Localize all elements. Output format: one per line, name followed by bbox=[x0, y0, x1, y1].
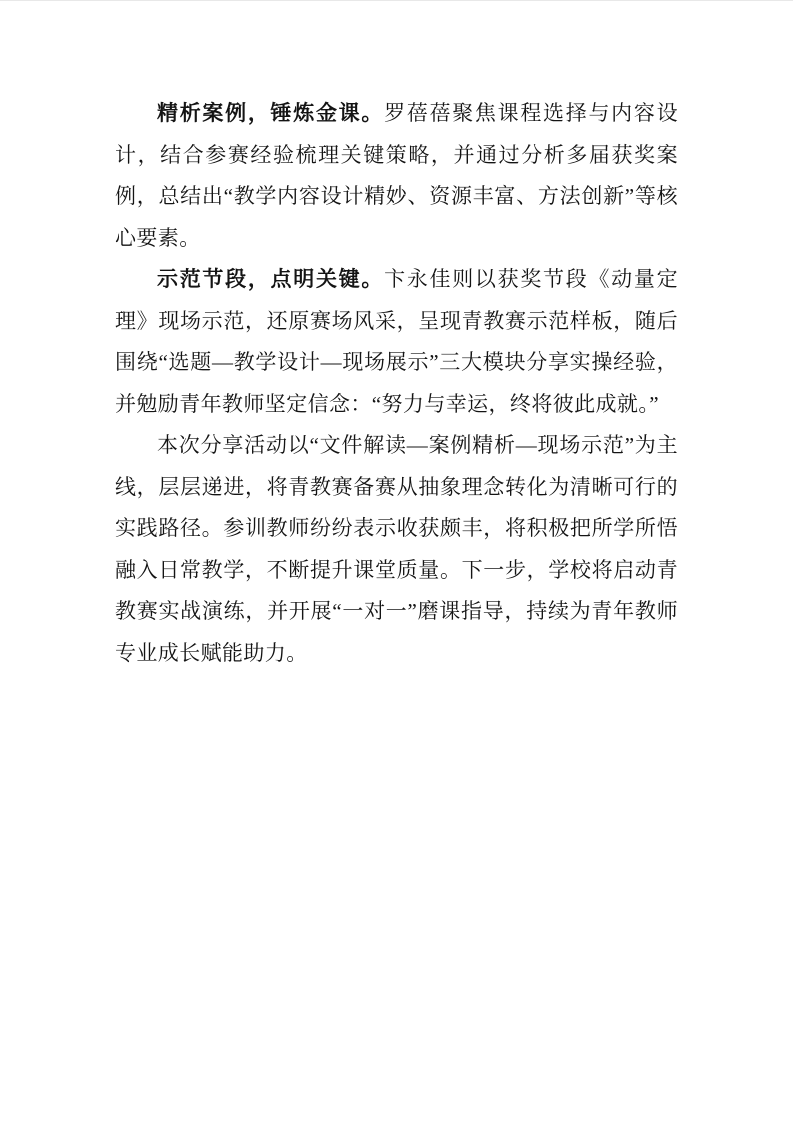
paragraph: 示范节段，点明关键。卞永佳则以获奖节段《动量定理》现场示范，还原赛场风采，呈现青… bbox=[115, 259, 678, 425]
paragraph: 本次分享活动以“文件解读—案例精析—现场示范”为主线，层层递进，将青教赛备赛从抽… bbox=[115, 425, 678, 674]
paragraph-body-text: 本次分享活动以“文件解读—案例精析—现场示范”为主线，层层递进，将青教赛备赛从抽… bbox=[115, 433, 678, 665]
paragraph-lead-text: 精析案例，锤炼金课。 bbox=[157, 101, 384, 125]
document-page: 精析案例，锤炼金课。罗蓓蓓聚焦课程选择与内容设计，结合参赛经验梳理关键策略，并通… bbox=[0, 0, 793, 1122]
document-text-area: 精析案例，锤炼金课。罗蓓蓓聚焦课程选择与内容设计，结合参赛经验梳理关键策略，并通… bbox=[115, 93, 678, 674]
paragraph-lead-text: 示范节段，点明关键。 bbox=[157, 267, 384, 291]
paragraph: 精析案例，锤炼金课。罗蓓蓓聚焦课程选择与内容设计，结合参赛经验梳理关键策略，并通… bbox=[115, 93, 678, 259]
